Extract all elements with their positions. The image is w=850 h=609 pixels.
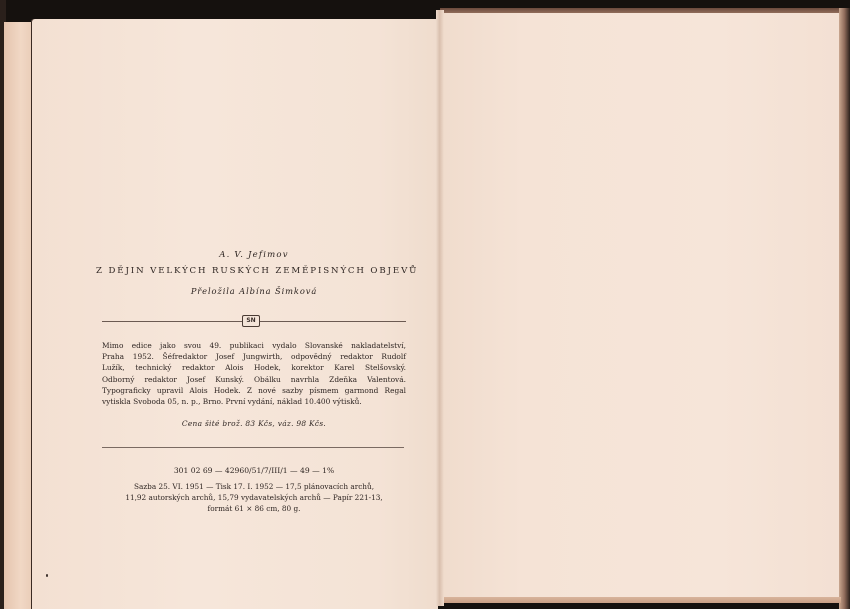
note-line: Mimo edice jako svou 49. publikaci vydal…	[102, 340, 406, 351]
publisher-rule: SN	[102, 315, 406, 327]
book-gutter	[436, 10, 444, 606]
book-title: Z DĚJIN VELKÝCH RUSKÝCH ZEMĚPISNÝCH OBJE…	[96, 266, 412, 276]
print-info: Sazba 25. VI. 1951 — Tisk 17. I. 1952 — …	[102, 481, 406, 514]
author-name: A. V. Jefimov	[102, 250, 406, 260]
left-page	[31, 19, 438, 609]
price-line: Cena šité brož. 83 Kčs, váz. 98 Kčs.	[102, 419, 406, 428]
note-line: vytiskla Svoboda 05, n. p., Brno. První …	[102, 396, 406, 407]
print-info-line: Sazba 25. VI. 1951 — Tisk 17. I. 1952 — …	[102, 481, 406, 492]
note-line: Typograficky upravil Alois Hodek. Z nové…	[102, 385, 406, 396]
divider	[102, 447, 404, 448]
publisher-logo-icon: SN	[242, 315, 260, 327]
note-line: Odborný redaktor Josef Kunský. Obálku na…	[102, 374, 406, 385]
book-scan: A. V. Jefimov Z DĚJIN VELKÝCH RUSKÝCH ZE…	[0, 0, 850, 609]
book-cover-right	[839, 8, 850, 609]
catalog-code: 301 02 69 — 42960/51/7/III/1 — 49 — 1%	[102, 466, 406, 475]
print-info-line: 11,92 autorských archů, 15,79 vydavatels…	[102, 492, 406, 503]
translator-credit: Přeložila Albína Šimková	[102, 286, 406, 296]
publication-note: Mimo edice jako svou 49. publikaci vydal…	[102, 340, 406, 407]
note-line: Lužík, technický redaktor Alois Hodek, k…	[102, 362, 406, 373]
note-line: Praha 1952. Šéfredaktor Josef Jungwirth,…	[102, 351, 406, 362]
book-cover-edge	[4, 22, 33, 609]
right-page-blank	[443, 13, 839, 598]
paper-speck	[46, 574, 48, 577]
page-block-bottom-edge	[443, 597, 841, 603]
print-info-line: formát 61 × 86 cm, 80 g.	[102, 503, 406, 514]
divider-left	[102, 321, 242, 322]
divider-right	[260, 321, 406, 322]
